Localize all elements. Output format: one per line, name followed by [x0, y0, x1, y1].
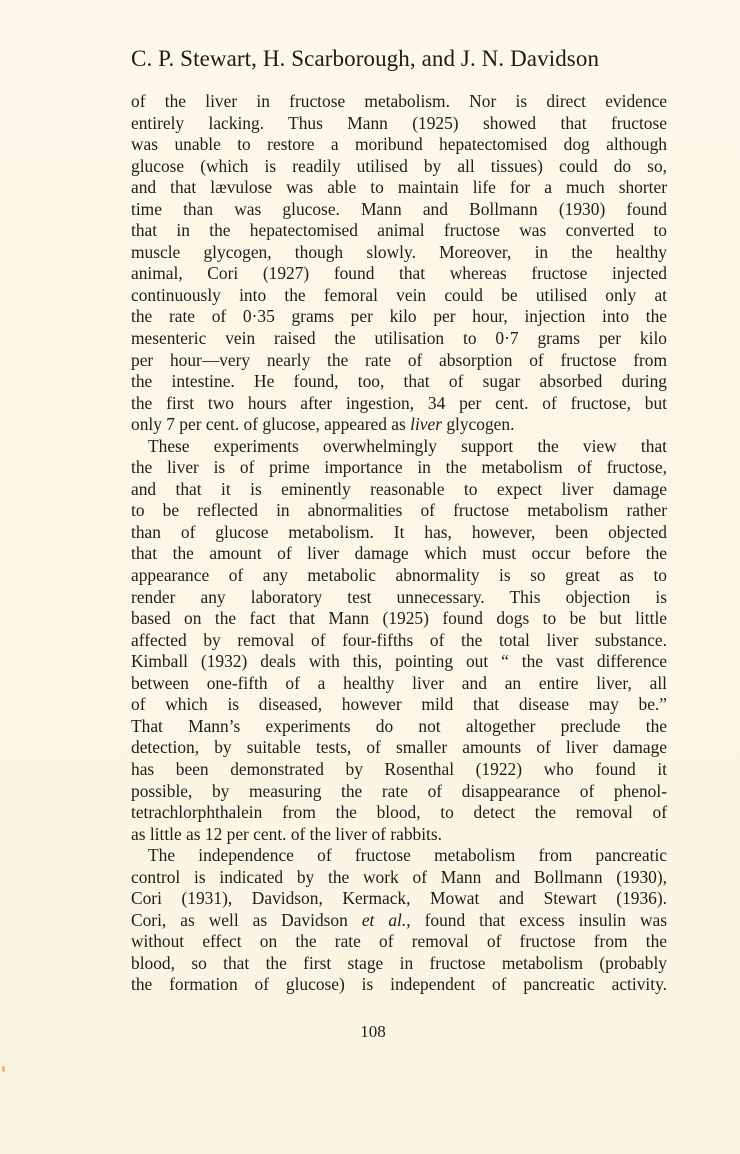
- paragraph-1: of the liver in fructose metabolism. Nor…: [131, 91, 667, 436]
- text-line: based on the fact that Mann (1925) found…: [131, 608, 667, 630]
- text-line: of which is diseased, however mild that …: [131, 694, 667, 716]
- text-line: appearance of any metabolic abnormality …: [131, 565, 667, 587]
- text-line: the liver is of prime importance in the …: [131, 457, 667, 479]
- text-line: of the liver in fructose metabolism. Nor…: [131, 91, 667, 113]
- text-run: only 7 per cent. of glucose, appeared as: [131, 414, 410, 434]
- text-run: glycogen.: [442, 414, 514, 434]
- paragraph-2: These experiments overwhelmingly support…: [131, 436, 667, 845]
- text-line: These experiments overwhelmingly support…: [131, 436, 667, 458]
- running-head-authors: C. P. Stewart, H. Scarborough, and J. N.…: [131, 43, 668, 75]
- text-line: and that lævulose was able to maintain l…: [131, 177, 667, 199]
- text-line: time than was glucose. Mann and Bollmann…: [131, 199, 667, 221]
- text-line: detection, by suitable tests, of smaller…: [131, 737, 667, 759]
- text-line: and that it is eminently reasonable to e…: [131, 479, 667, 501]
- text-line: between one-fifth of a healthy liver and…: [131, 673, 667, 695]
- document-page: C. P. Stewart, H. Scarborough, and J. N.…: [0, 0, 740, 1154]
- text-line: than of glucose metabolism. It has, howe…: [131, 522, 667, 544]
- text-line: glucose (which is readily utilised by al…: [131, 156, 667, 178]
- text-line: to be reflected in abnormalities of fruc…: [131, 500, 667, 522]
- text-line: possible, by measuring the rate of disap…: [131, 781, 667, 803]
- text-line: that the amount of liver damage which mu…: [131, 543, 667, 565]
- text-line: was unable to restore a moribund hepatec…: [131, 134, 667, 156]
- text-run: , found that excess insulin was: [406, 910, 667, 930]
- text-line: tetrachlorphthalein from the blood, to d…: [131, 802, 667, 824]
- text-line: mesenteric vein raised the utilisation t…: [131, 328, 667, 350]
- text-line: entirely lacking. Thus Mann (1925) showe…: [131, 113, 667, 135]
- text-line: Cori (1931), Davidson, Kermack, Mowat an…: [131, 888, 667, 910]
- italic-emphasis: et al.: [362, 910, 406, 930]
- text-line: the intestine. He found, too, that of su…: [131, 371, 667, 393]
- text-line: per hour—very nearly the rate of absorpt…: [131, 350, 667, 372]
- paragraph-3: The independence of fructose metabolism …: [131, 845, 667, 996]
- paper-blemish: [2, 1066, 5, 1072]
- text-line: continuously into the femoral vein could…: [131, 285, 667, 307]
- text-line: The independence of fructose metabolism …: [131, 845, 667, 867]
- text-line: Cori, as well as Davidson et al., found …: [131, 910, 667, 932]
- text-line: that in the hepatectomised animal fructo…: [131, 220, 667, 242]
- text-line: render any laboratory test unnecessary. …: [131, 587, 667, 609]
- text-line: as little as 12 per cent. of the liver o…: [131, 824, 667, 846]
- text-run: Cori, as well as Davidson: [131, 910, 362, 930]
- text-line: only 7 per cent. of glucose, appeared as…: [131, 414, 667, 436]
- text-line: affected by removal of four-fifths of th…: [131, 630, 667, 652]
- text-line: Kimball (1932) deals with this, pointing…: [131, 651, 667, 673]
- page-number: 108: [0, 1021, 740, 1043]
- text-line: That Mann’s experiments do not altogethe…: [131, 716, 667, 738]
- text-line: blood, so that the first stage in fructo…: [131, 953, 667, 975]
- italic-emphasis: liver: [410, 414, 442, 434]
- text-line: has been demonstrated by Rosenthal (1922…: [131, 759, 667, 781]
- text-line: the rate of 0·35 grams per kilo per hour…: [131, 306, 667, 328]
- body-text: of the liver in fructose metabolism. Nor…: [131, 91, 667, 996]
- text-line: control is indicated by the work of Mann…: [131, 867, 667, 889]
- text-line: animal, Cori (1927) found that whereas f…: [131, 263, 667, 285]
- text-line: without effect on the rate of removal of…: [131, 931, 667, 953]
- text-line: the first two hours after ingestion, 34 …: [131, 393, 667, 415]
- text-line: the formation of glucose) is independent…: [131, 974, 667, 996]
- text-line: muscle glycogen, though slowly. Moreover…: [131, 242, 667, 264]
